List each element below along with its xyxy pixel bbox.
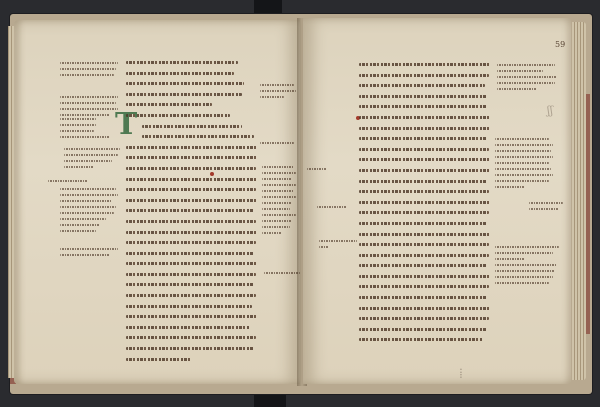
binding-clasp-bottom: [254, 392, 286, 407]
main-text-column: [126, 58, 142, 365]
right-page: 59 ʃʃ ⁞: [303, 18, 571, 384]
page-stack-right: [572, 22, 586, 380]
folio-number: 59: [555, 40, 565, 49]
left-page: T: [14, 20, 300, 384]
rubric-mark: [210, 172, 214, 176]
catchword-mark: ⁞: [459, 366, 463, 383]
marginal-mark: ʃʃ: [547, 104, 553, 117]
